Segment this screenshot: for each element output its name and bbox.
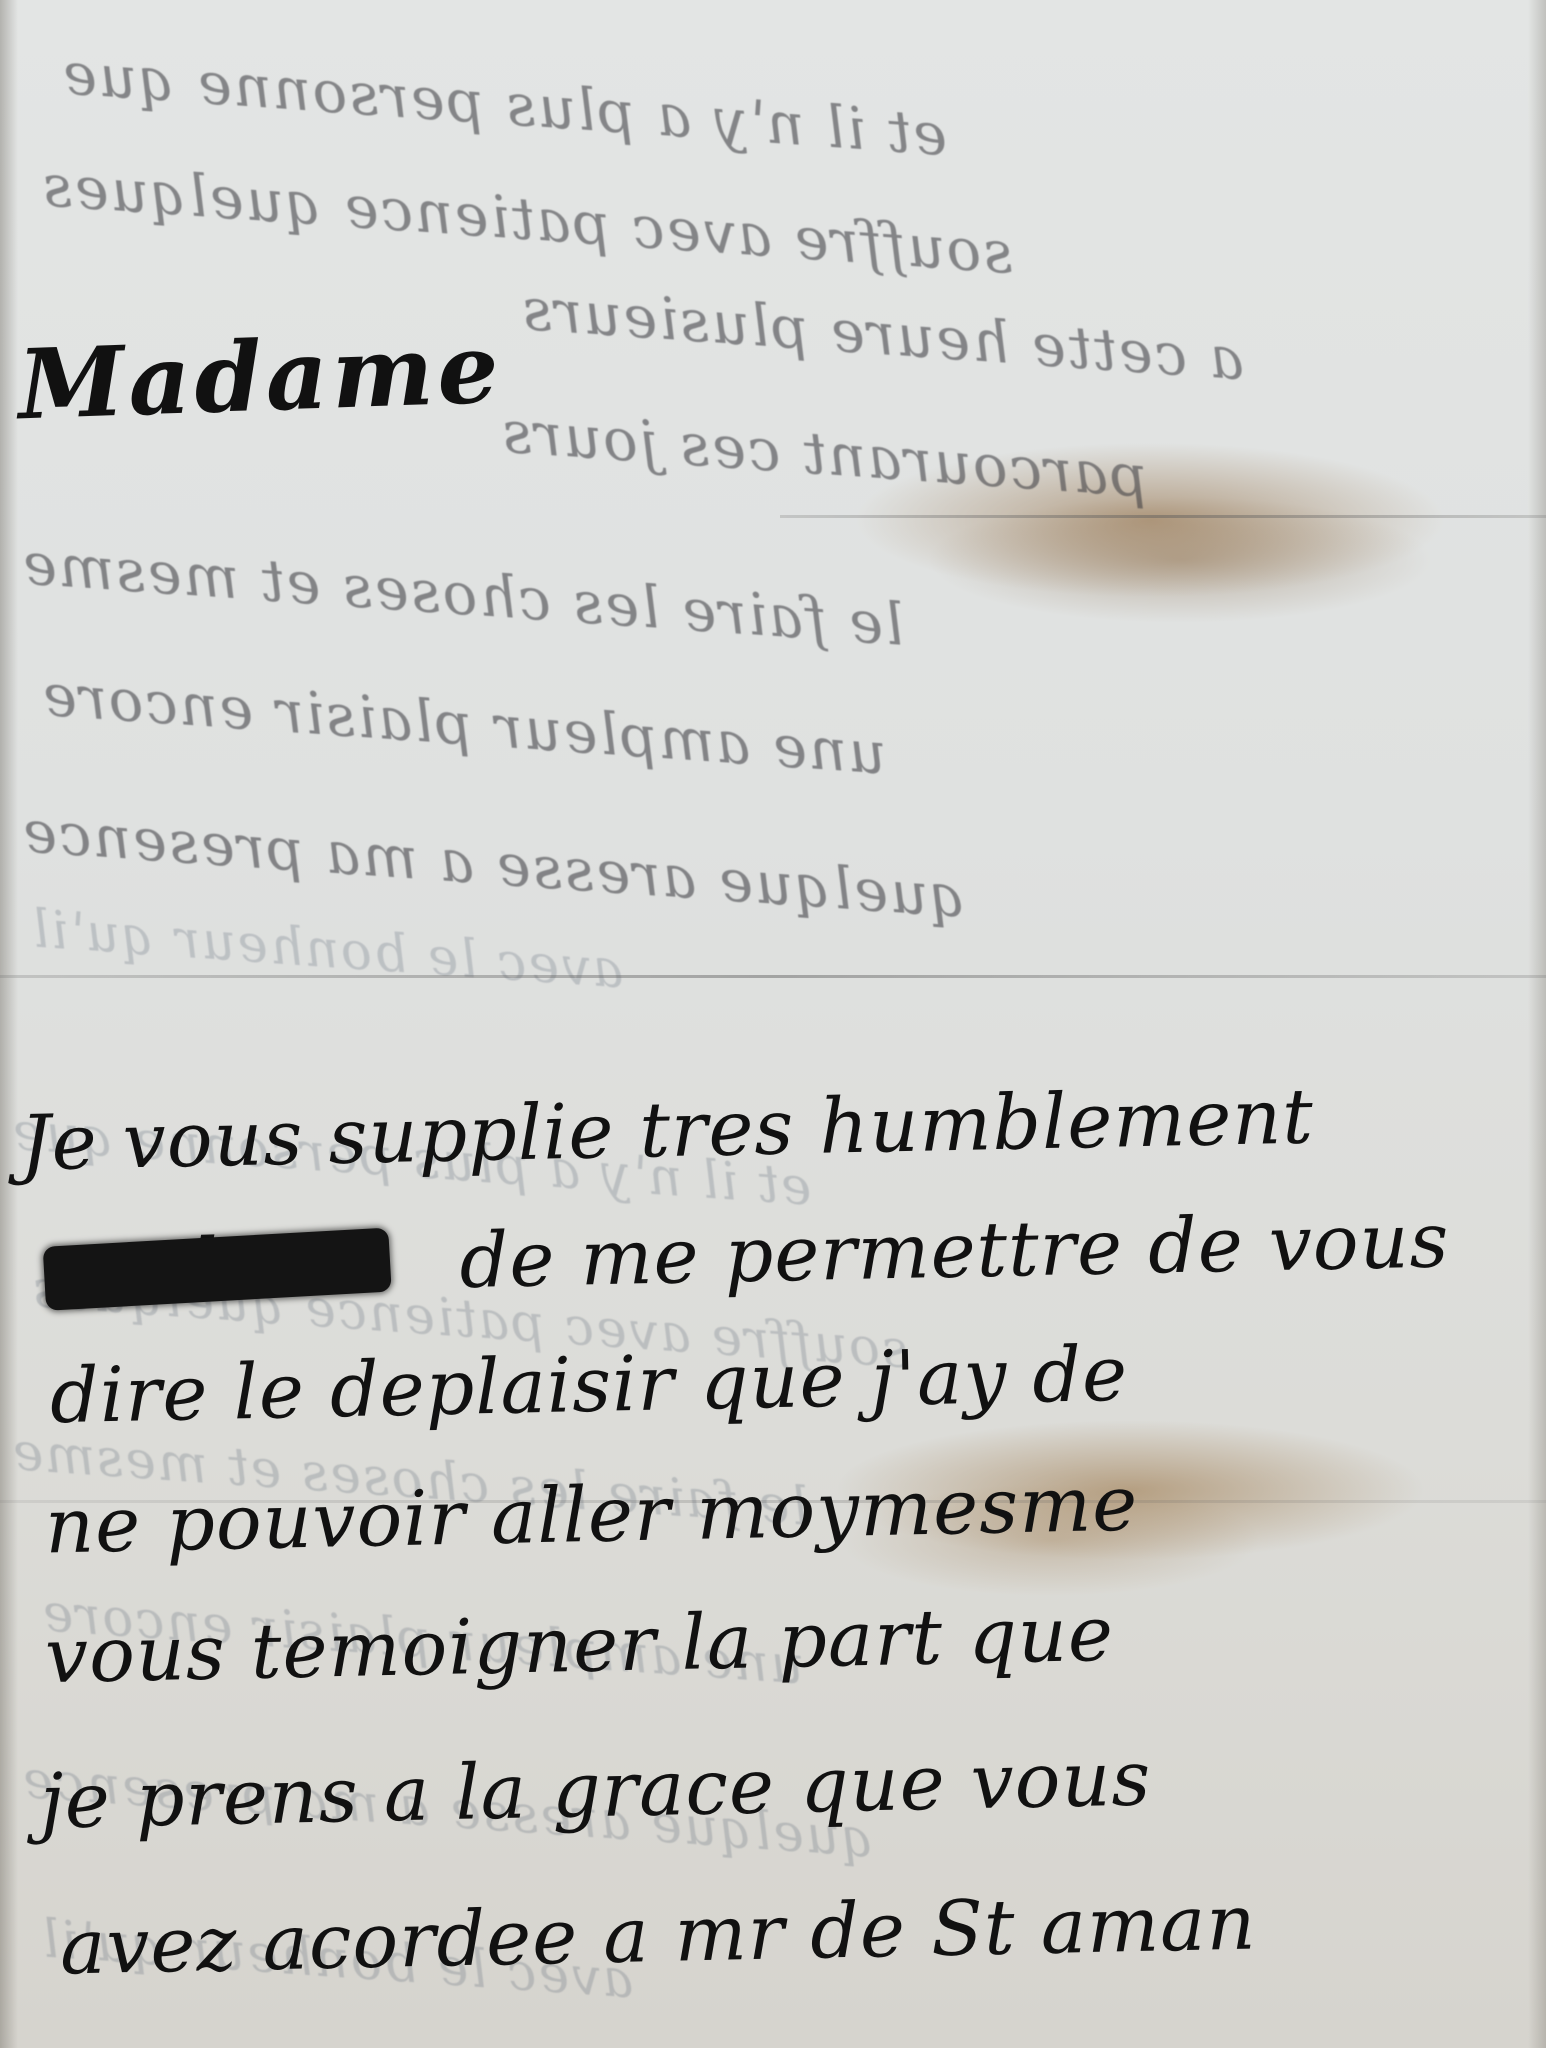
bleed-through-line: avec le bonheur qu'il bbox=[29, 899, 626, 1000]
bleed-through-line: une ampleur plaisir encore bbox=[39, 661, 889, 788]
body-line: madame de me permettre de vous bbox=[49, 1195, 1450, 1313]
body-line: avez acordee a mr de St aman bbox=[59, 1877, 1257, 1991]
body-line: dire le deplaisir que j'ay de bbox=[49, 1329, 1129, 1441]
bleed-through-line: souffre avec patience quelques bbox=[39, 151, 1016, 287]
paper-fold bbox=[780, 515, 1546, 518]
paper-fold bbox=[0, 975, 1546, 978]
left-edge-shadow bbox=[0, 0, 18, 2048]
bleed-through-line: a cette heure plusieurs bbox=[519, 275, 1247, 393]
bleed-through-line: parcourant ces jours bbox=[498, 397, 1150, 510]
bleed-through-line: le faire les choses et mesme bbox=[19, 529, 907, 659]
body-line: je prens a la grace que vous bbox=[39, 1733, 1152, 1845]
body-line-text: de me permettre de vous bbox=[459, 1195, 1451, 1305]
salutation: Madame bbox=[16, 312, 504, 442]
right-edge-shadow bbox=[1528, 0, 1546, 2048]
letter-page: et il n'y a plus personne que souffre av… bbox=[0, 0, 1546, 2048]
struck-out-word: madame bbox=[49, 1218, 385, 1314]
body-line: Je vous supplie tres humblement bbox=[19, 1071, 1314, 1187]
bleed-through-line: et il n'y a plus personne que bbox=[59, 39, 950, 169]
